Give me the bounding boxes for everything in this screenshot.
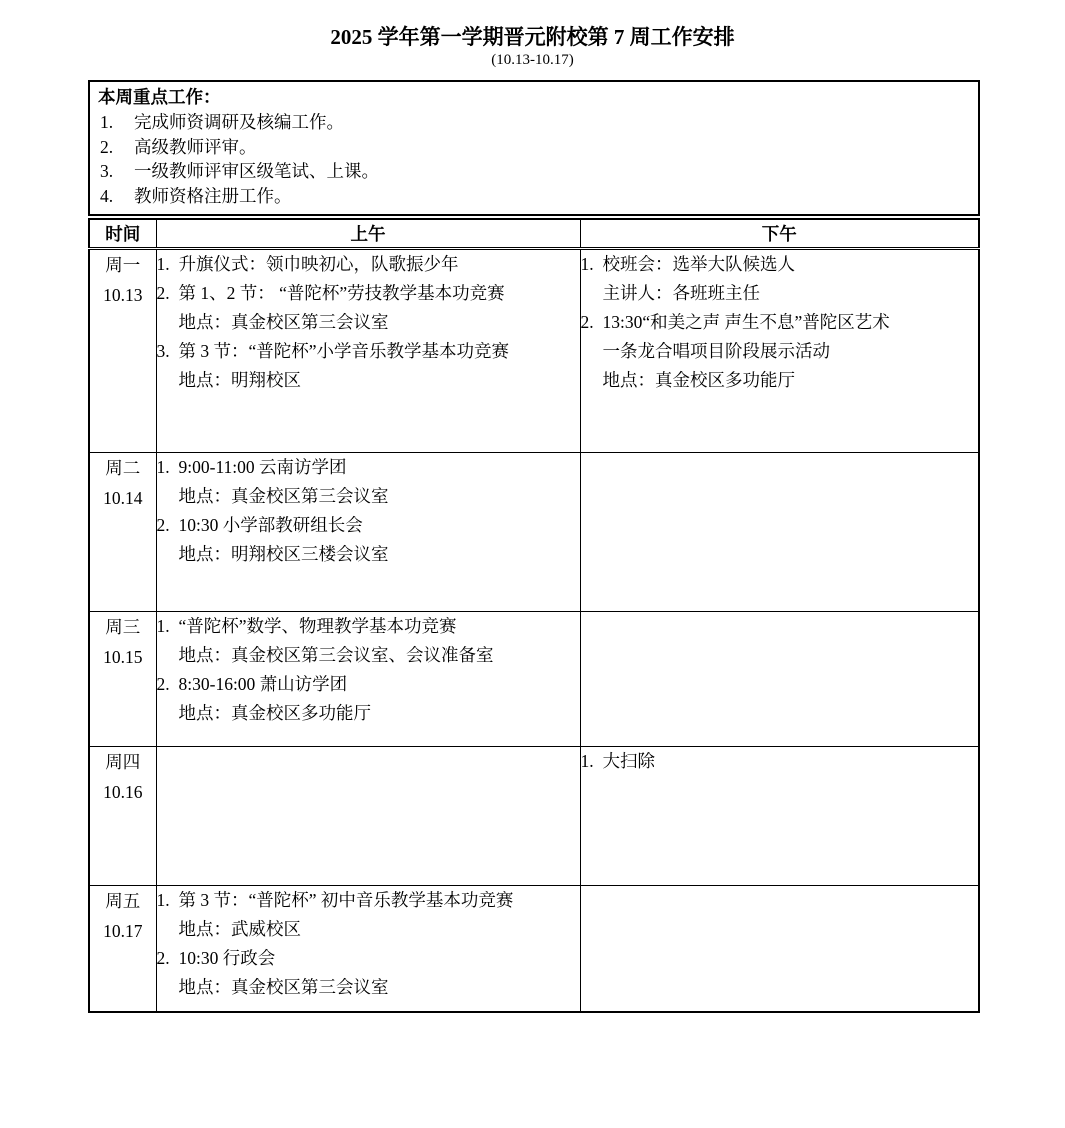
header-afternoon: 下午 [580, 219, 979, 249]
line-number: 1. [157, 250, 179, 279]
day-cell: 周三10.15 [89, 612, 156, 747]
schedule-line: 2.8:30-16:00 萧山访学团 [157, 670, 580, 699]
line-text: 地点：明翔校区 [179, 366, 580, 395]
schedule-line: 2.10:30 小学部教研组长会 [157, 511, 580, 540]
line-number: 1. [157, 453, 179, 482]
morning-cell [156, 747, 580, 886]
schedule-line: 地点：真金校区第三会议室 [157, 973, 580, 1002]
morning-cell: 1.“普陀杯”数学、物理教学基本功竞赛地点：真金校区第三会议室、会议准备室2.8… [156, 612, 580, 747]
schedule-line: 地点：真金校区第三会议室 [157, 482, 580, 511]
schedule-row: 周三10.151.“普陀杯”数学、物理教学基本功竞赛地点：真金校区第三会议室、会… [89, 612, 979, 747]
line-text: 地点：真金校区第三会议室、会议准备室 [179, 641, 580, 670]
line-number: 2. [581, 308, 603, 337]
schedule-row: 周四10.161.大扫除 [89, 747, 979, 886]
line-number: 1. [581, 747, 603, 776]
key-item-number: 1. [98, 110, 134, 135]
line-number [157, 699, 179, 728]
line-number [157, 308, 179, 337]
schedule-line: 主讲人：各班班主任 [581, 279, 979, 308]
schedule-row: 周二10.141.9:00-11:00 云南访学团地点：真金校区第三会议室2.1… [89, 453, 979, 612]
line-number [157, 641, 179, 670]
schedule-line: 1.升旗仪式：领巾映初心，队歌振少年 [157, 250, 580, 279]
date-label: 10.15 [90, 642, 156, 672]
schedule-row: 周一10.131.升旗仪式：领巾映初心，队歌振少年2.第 1、2 节： “普陀杯… [89, 249, 979, 453]
line-number: 1. [581, 250, 603, 279]
line-number: 3. [157, 337, 179, 366]
key-item-text: 一级教师评审区级笔试、上课。 [134, 159, 970, 184]
key-work-item: 2.高级教师评审。 [98, 135, 970, 160]
key-item-number: 3. [98, 159, 134, 184]
key-item-number: 4. [98, 184, 134, 209]
key-item-text: 教师资格注册工作。 [134, 184, 970, 209]
afternoon-cell [580, 612, 979, 747]
schedule-line: 1.第 3 节：“普陀杯” 初中音乐教学基本功竞赛 [157, 886, 580, 915]
date-label: 10.14 [90, 483, 156, 513]
date-label: 10.17 [90, 916, 156, 946]
line-text: 一条龙合唱项目阶段展示活动 [603, 337, 979, 366]
schedule-line: 地点：真金校区第三会议室、会议准备室 [157, 641, 580, 670]
day-label: 周四 [90, 747, 156, 777]
schedule-row: 周五10.171.第 3 节：“普陀杯” 初中音乐教学基本功竞赛地点：武威校区2… [89, 886, 979, 1012]
line-number [581, 337, 603, 366]
day-cell: 周五10.17 [89, 886, 156, 1012]
key-work-item: 1.完成师资调研及核编工作。 [98, 110, 970, 135]
document-page: 2025 学年第一学期晋元附校第 7 周工作安排 (10.13-10.17) 本… [0, 0, 1065, 1128]
schedule-line: 1.“普陀杯”数学、物理教学基本功竞赛 [157, 612, 580, 641]
day-cell: 周一10.13 [89, 249, 156, 453]
line-number [157, 366, 179, 395]
afternoon-cell: 1.大扫除 [580, 747, 979, 886]
line-number [581, 366, 603, 395]
line-text: 地点：真金校区第三会议室 [179, 308, 580, 337]
key-work-heading: 本周重点工作： [98, 85, 970, 110]
schedule-line: 1.校班会：选举大队候选人 [581, 250, 979, 279]
schedule-line: 地点：真金校区第三会议室 [157, 308, 580, 337]
schedule-line: 地点：明翔校区 [157, 366, 580, 395]
line-text: 主讲人：各班班主任 [603, 279, 979, 308]
line-text: 地点：武威校区 [179, 915, 580, 944]
key-work-box: 本周重点工作： 1.完成师资调研及核编工作。2.高级教师评审。3.一级教师评审区… [88, 80, 980, 216]
schedule-line: 3.第 3 节：“普陀杯”小学音乐教学基本功竞赛 [157, 337, 580, 366]
document-title: 2025 学年第一学期晋元附校第 7 周工作安排 [0, 0, 1065, 50]
key-work-item: 3.一级教师评审区级笔试、上课。 [98, 159, 970, 184]
key-item-text: 高级教师评审。 [134, 135, 970, 160]
line-text: 大扫除 [603, 747, 979, 776]
schedule-line: 2.13:30“和美之声 声生不息”普陀区艺术 [581, 308, 979, 337]
line-text: 10:30 小学部教研组长会 [179, 511, 580, 540]
document-date-range: (10.13-10.17) [0, 51, 1065, 69]
line-text: 第 3 节：“普陀杯” 初中音乐教学基本功竞赛 [179, 886, 580, 915]
schedule-header-row: 时间 上午 下午 [89, 219, 979, 249]
weekly-schedule-table: 时间 上午 下午 周一10.131.升旗仪式：领巾映初心，队歌振少年2.第 1、… [88, 218, 980, 1013]
day-cell: 周二10.14 [89, 453, 156, 612]
line-text: 8:30-16:00 萧山访学团 [179, 670, 580, 699]
schedule-body: 周一10.131.升旗仪式：领巾映初心，队歌振少年2.第 1、2 节： “普陀杯… [89, 249, 979, 1012]
line-text: “普陀杯”数学、物理教学基本功竞赛 [179, 612, 580, 641]
line-number [581, 279, 603, 308]
line-text: 第 3 节：“普陀杯”小学音乐教学基本功竞赛 [179, 337, 580, 366]
header-time: 时间 [89, 219, 156, 249]
schedule-line: 1.9:00-11:00 云南访学团 [157, 453, 580, 482]
line-text: 地点：真金校区多功能厅 [179, 699, 580, 728]
line-number: 2. [157, 511, 179, 540]
schedule-line: 2.10:30 行政会 [157, 944, 580, 973]
schedule-line: 2.第 1、2 节： “普陀杯”劳技教学基本功竞赛 [157, 279, 580, 308]
key-item-number: 2. [98, 135, 134, 160]
schedule-line: 一条龙合唱项目阶段展示活动 [581, 337, 979, 366]
line-number [157, 540, 179, 569]
line-number: 1. [157, 612, 179, 641]
line-number: 2. [157, 670, 179, 699]
line-text: 地点：明翔校区三楼会议室 [179, 540, 580, 569]
schedule-line: 1.大扫除 [581, 747, 979, 776]
morning-cell: 1.第 3 节：“普陀杯” 初中音乐教学基本功竞赛地点：武威校区2.10:30 … [156, 886, 580, 1012]
schedule-line: 地点：武威校区 [157, 915, 580, 944]
line-number: 2. [157, 944, 179, 973]
line-number [157, 915, 179, 944]
key-work-item: 4.教师资格注册工作。 [98, 184, 970, 209]
morning-cell: 1.升旗仪式：领巾映初心，队歌振少年2.第 1、2 节： “普陀杯”劳技教学基本… [156, 249, 580, 453]
line-number [157, 482, 179, 511]
line-text: 13:30“和美之声 声生不息”普陀区艺术 [603, 308, 979, 337]
key-item-text: 完成师资调研及核编工作。 [134, 110, 970, 135]
schedule-line: 地点：真金校区多功能厅 [157, 699, 580, 728]
line-number [157, 973, 179, 1002]
line-text: 第 1、2 节： “普陀杯”劳技教学基本功竞赛 [179, 279, 580, 308]
line-text: 10:30 行政会 [179, 944, 580, 973]
day-cell: 周四10.16 [89, 747, 156, 886]
afternoon-cell [580, 886, 979, 1012]
line-text: 地点：真金校区第三会议室 [179, 973, 580, 1002]
line-number: 2. [157, 279, 179, 308]
schedule-line: 地点：明翔校区三楼会议室 [157, 540, 580, 569]
day-label: 周一 [90, 250, 156, 280]
line-number: 1. [157, 886, 179, 915]
line-text: 9:00-11:00 云南访学团 [179, 453, 580, 482]
header-morning: 上午 [156, 219, 580, 249]
line-text: 升旗仪式：领巾映初心，队歌振少年 [179, 250, 580, 279]
date-label: 10.13 [90, 280, 156, 310]
afternoon-cell: 1.校班会：选举大队候选人主讲人：各班班主任2.13:30“和美之声 声生不息”… [580, 249, 979, 453]
day-label: 周五 [90, 886, 156, 916]
afternoon-cell [580, 453, 979, 612]
date-label: 10.16 [90, 777, 156, 807]
key-work-list: 1.完成师资调研及核编工作。2.高级教师评审。3.一级教师评审区级笔试、上课。4… [98, 110, 970, 208]
line-text: 校班会：选举大队候选人 [603, 250, 979, 279]
line-text: 地点：真金校区多功能厅 [603, 366, 979, 395]
line-text: 地点：真金校区第三会议室 [179, 482, 580, 511]
day-label: 周二 [90, 453, 156, 483]
day-label: 周三 [90, 612, 156, 642]
schedule-line: 地点：真金校区多功能厅 [581, 366, 979, 395]
morning-cell: 1.9:00-11:00 云南访学团地点：真金校区第三会议室2.10:30 小学… [156, 453, 580, 612]
